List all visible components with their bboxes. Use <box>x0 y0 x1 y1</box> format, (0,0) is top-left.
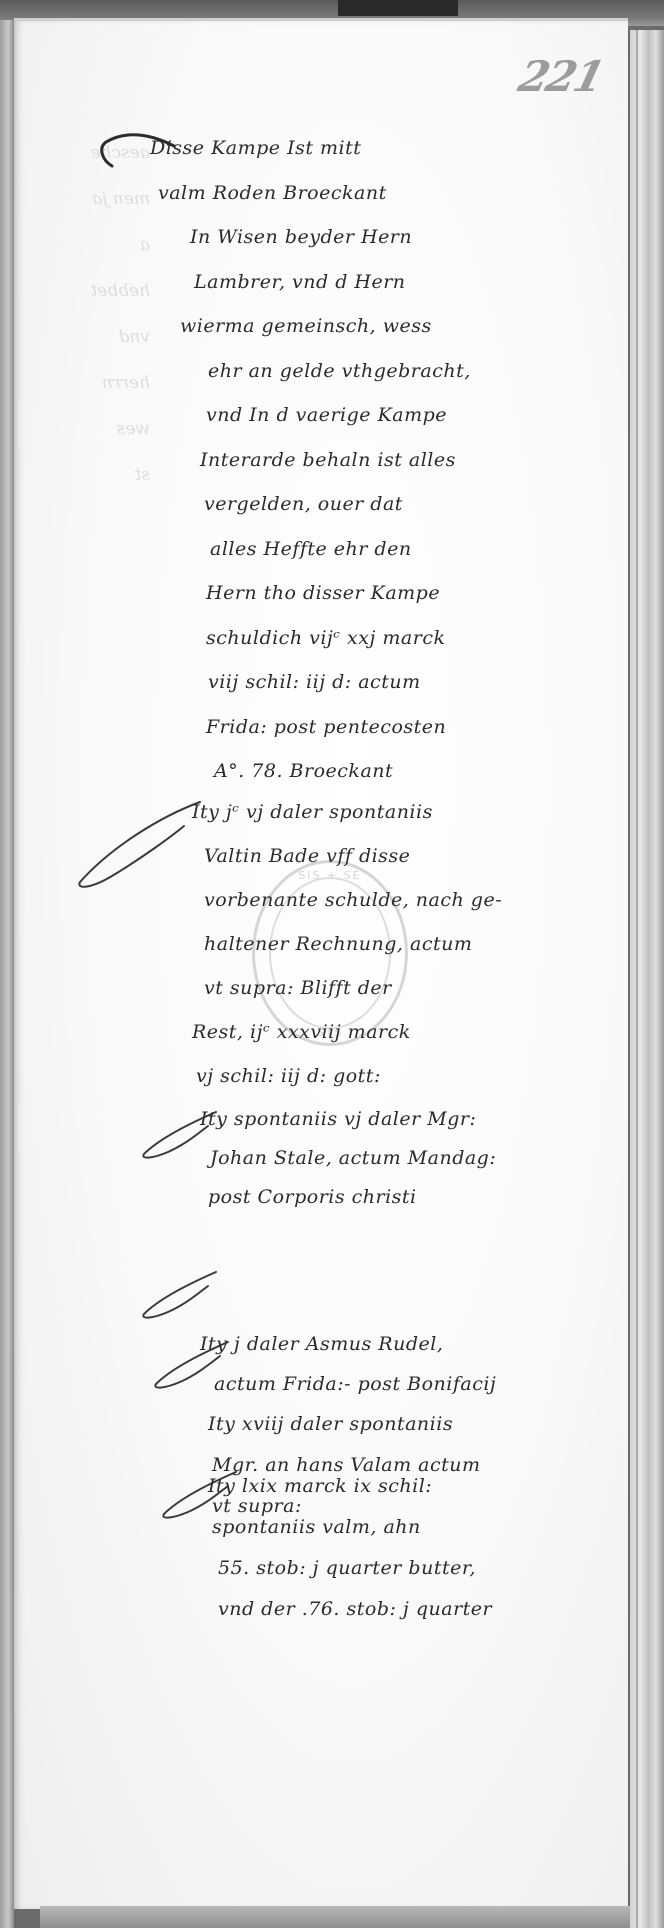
folio-number: 221 <box>514 52 608 101</box>
text-line: wierma gemeinsch, wess <box>150 304 471 349</box>
text-line: actum Frida:- post Bonifacij <box>200 1364 496 1404</box>
ghost-line: st <box>40 452 150 498</box>
text-line: In Wisen beyder Hern <box>150 215 471 260</box>
entry-4: Ity j daler Asmus Rudel, actum Frida:- p… <box>200 1324 496 1404</box>
ghost-line: hebbet <box>40 268 150 314</box>
text-line: vt supra: Blifft der <box>192 966 502 1010</box>
text-line: Disse Kampe Ist mitt <box>150 126 471 171</box>
text-line: alles Heffte ehr den <box>150 527 471 572</box>
text-line: schuldich vijᶜ xxj marck <box>150 616 471 661</box>
entry-6: Ity lxix marck ix schil: spontaniis valm… <box>208 1466 492 1630</box>
text-line: Ity xviij daler spontaniis <box>208 1404 481 1445</box>
page-bottom-edge <box>40 1906 630 1928</box>
ghost-line: aesche <box>40 130 150 176</box>
stacked-page-edges <box>630 30 664 1928</box>
text-line: Frida: post pentecosten <box>150 705 471 750</box>
text-line: Johan Stale, actum Mandag: <box>200 1139 496 1178</box>
text-line: ehr an gelde vthgebracht, <box>150 349 471 394</box>
text-line: Ity spontaniis vj daler Mgr: <box>200 1100 496 1139</box>
ghost-line: vnd <box>40 314 150 360</box>
text-line: Ity j daler Asmus Rudel, <box>200 1324 496 1364</box>
text-line: Rest, ijᶜ xxxviij marck <box>192 1010 502 1054</box>
text-line: Lambrer, vnd d Hern <box>150 260 471 305</box>
ghost-line: a <box>40 222 150 268</box>
binding-shadow <box>338 0 458 16</box>
text-line: Ity jᶜ vj daler spontaniis <box>192 790 502 834</box>
entry-3: Ity spontaniis vj daler Mgr: Johan Stale… <box>200 1100 496 1217</box>
text-line: haltener Rechnung, actum <box>192 922 502 966</box>
text-line: vnd In d vaerige Kampe <box>150 393 471 438</box>
text-line: A°. 78. Broeckant <box>150 749 471 794</box>
text-line: Valtin Bade vff disse <box>192 834 502 878</box>
text-line: vnd der .76. stob: j quarter <box>208 1589 492 1630</box>
ghost-line: wes <box>40 406 150 452</box>
entry-2: Ity jᶜ vj daler spontaniis Valtin Bade v… <box>192 790 502 1098</box>
entry-1: Disse Kampe Ist mitt valm Roden Broeckan… <box>150 126 471 794</box>
text-line: spontaniis valm, ahn <box>208 1507 492 1548</box>
text-line: valm Roden Broeckant <box>150 171 471 216</box>
text-line: vergelden, ouer dat <box>150 482 471 527</box>
book-gutter-edge <box>0 20 14 1928</box>
text-line: vorbenante schulde, nach ge- <box>192 878 502 922</box>
text-line: viij schil: iij d: actum <box>150 660 471 705</box>
text-line: vj schil: iij d: gott: <box>192 1054 502 1098</box>
text-line: Interarde behaln ist alles <box>150 438 471 483</box>
text-line: post Corporis christi <box>200 1178 496 1217</box>
text-line: Ity lxix marck ix schil: <box>208 1466 492 1507</box>
bleed-through-text: aesche men ja a hebbet vnd herrn wes st <box>40 130 150 498</box>
text-line: Hern tho disser Kampe <box>150 571 471 616</box>
ghost-line: herrn <box>40 360 150 406</box>
text-line: 55. stob: j quarter butter, <box>208 1548 492 1589</box>
ghost-line: men ja <box>40 176 150 222</box>
